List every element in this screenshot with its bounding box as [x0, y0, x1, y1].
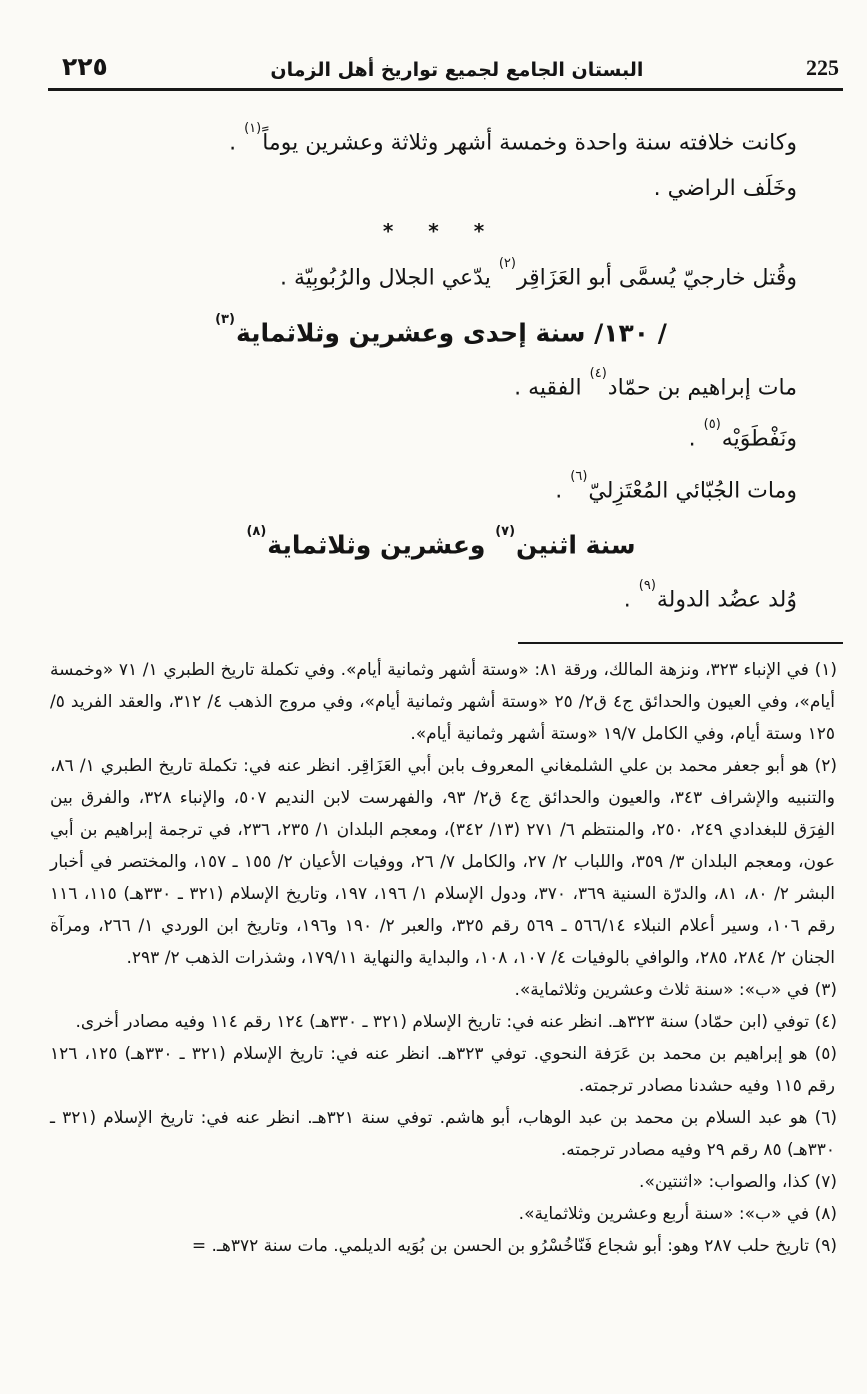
- footnote-marker: (١): [815, 660, 837, 680]
- footnote-ref: (٢): [499, 256, 516, 271]
- footnote-item: (٩) تاريخ حلب ٢٨٧ وهو: أبو شجاع فَنّاخُس…: [50, 1230, 843, 1262]
- body-line: مات إبراهيم بن حمّاد(٤) الفقيه .: [84, 360, 797, 411]
- footnote-separator: [518, 642, 843, 644]
- footnote-item: (٨) في «ب»: «سنة أربع وعشرين وثلاثماية».: [50, 1198, 843, 1230]
- footnote-text: في «ب»: «سنة أربع وعشرين وثلاثماية».: [519, 1204, 810, 1224]
- footnote-text: في الإنباء ٣٢٣، ونزهة المالك، ورقة ٨١: «…: [50, 660, 835, 744]
- body-line: وخَلَف الراضي .: [84, 166, 797, 212]
- footnote-marker: (٦): [815, 1108, 837, 1128]
- book-page: ٢٢٥ البستان الجامع لجميع تواريخ أهل الزم…: [0, 0, 867, 1394]
- footnote-item: (٢) هو أبو جعفر محمد بن علي الشلمغاني ال…: [50, 750, 843, 974]
- stars-separator: * * *: [84, 212, 797, 250]
- main-text: وكانت خلافته سنة واحدة وخمسة أشهر وثلاثة…: [48, 91, 843, 624]
- page-number-arabic: ٢٢٥: [62, 52, 108, 81]
- body-line: وُلد عضُد الدولة(٩) .: [84, 572, 797, 623]
- footnote-ref: (٤): [590, 366, 607, 381]
- footnotes-section: (١) في الإنباء ٣٢٣، ونزهة المالك، ورقة ٨…: [48, 654, 843, 1262]
- footnote-text: في «ب»: «سنة ثلاث وعشرين وثلاثماية».: [515, 980, 810, 1000]
- footnote-ref: (٩): [639, 578, 656, 593]
- footnote-text: هو أبو جعفر محمد بن علي الشلمغاني المعرو…: [50, 756, 835, 968]
- footnote-ref: (٦): [570, 469, 587, 484]
- footnote-marker: (٤): [815, 1012, 837, 1032]
- body-line: وقُتل خارجيّ يُسمَّى أبو العَزَاقِر(٢) ي…: [84, 250, 797, 301]
- body-line: ونَفْطَوَيْه(٥) .: [84, 411, 797, 462]
- footnote-text: هو إبراهيم بن محمد بن عَرَفة النحوي. توف…: [50, 1044, 835, 1096]
- body-line: وكانت خلافته سنة واحدة وخمسة أشهر وثلاثة…: [84, 115, 797, 166]
- footnote-item: (٥) هو إبراهيم بن محمد بن عَرَفة النحوي.…: [50, 1038, 843, 1102]
- footnote-marker: (٣): [815, 980, 837, 1000]
- footnote-ref: (٥): [704, 417, 721, 432]
- footnote-ref: (٨): [246, 524, 266, 539]
- footnote-item: (٤) توفي (ابن حمّاد) سنة ٣٢٣هـ. انظر عنه…: [50, 1006, 843, 1038]
- footnote-ref: (٣): [215, 312, 235, 327]
- body-heading: / ١٣٠/ سنة إحدى وعشرين وثلاثماية(٣): [84, 302, 797, 360]
- footnote-text: تاريخ حلب ٢٨٧ وهو: أبو شجاع فَنّاخُسْرُو…: [192, 1236, 809, 1256]
- footnote-marker: (٥): [815, 1044, 837, 1064]
- footnote-marker: (٧): [815, 1172, 837, 1192]
- footnote-item: (٣) في «ب»: «سنة ثلاث وعشرين وثلاثماية».: [50, 974, 843, 1006]
- footnote-marker: (٨): [815, 1204, 837, 1224]
- body-heading: سنة اثنين(٧) وعشرين وثلاثماية(٨): [84, 514, 797, 572]
- book-title: البستان الجامع لجميع تواريخ أهل الزمان: [270, 59, 643, 81]
- footnote-item: (٧) كذا، والصواب: «اثنتين».: [50, 1166, 843, 1198]
- footnote-text: توفي (ابن حمّاد) سنة ٣٢٣هـ. انظر عنه في:…: [76, 1012, 810, 1032]
- page-header: ٢٢٥ البستان الجامع لجميع تواريخ أهل الزم…: [48, 52, 843, 81]
- body-line: ومات الجُبّائي المُعْتَزِليّ(٦) .: [84, 463, 797, 514]
- footnote-ref: (١): [244, 121, 261, 136]
- footnote-text: هو عبد السلام بن محمد بن عبد الوهاب، أبو…: [50, 1108, 835, 1160]
- footnote-text: كذا، والصواب: «اثنتين».: [639, 1172, 809, 1192]
- page-number-latin: 225: [806, 55, 839, 81]
- footnote-marker: (٩): [815, 1236, 837, 1256]
- footnote-item: (٦) هو عبد السلام بن محمد بن عبد الوهاب،…: [50, 1102, 843, 1166]
- footnote-marker: (٢): [815, 756, 837, 776]
- footnote-ref: (٧): [495, 524, 515, 539]
- footnote-item: (١) في الإنباء ٣٢٣، ونزهة المالك، ورقة ٨…: [50, 654, 843, 750]
